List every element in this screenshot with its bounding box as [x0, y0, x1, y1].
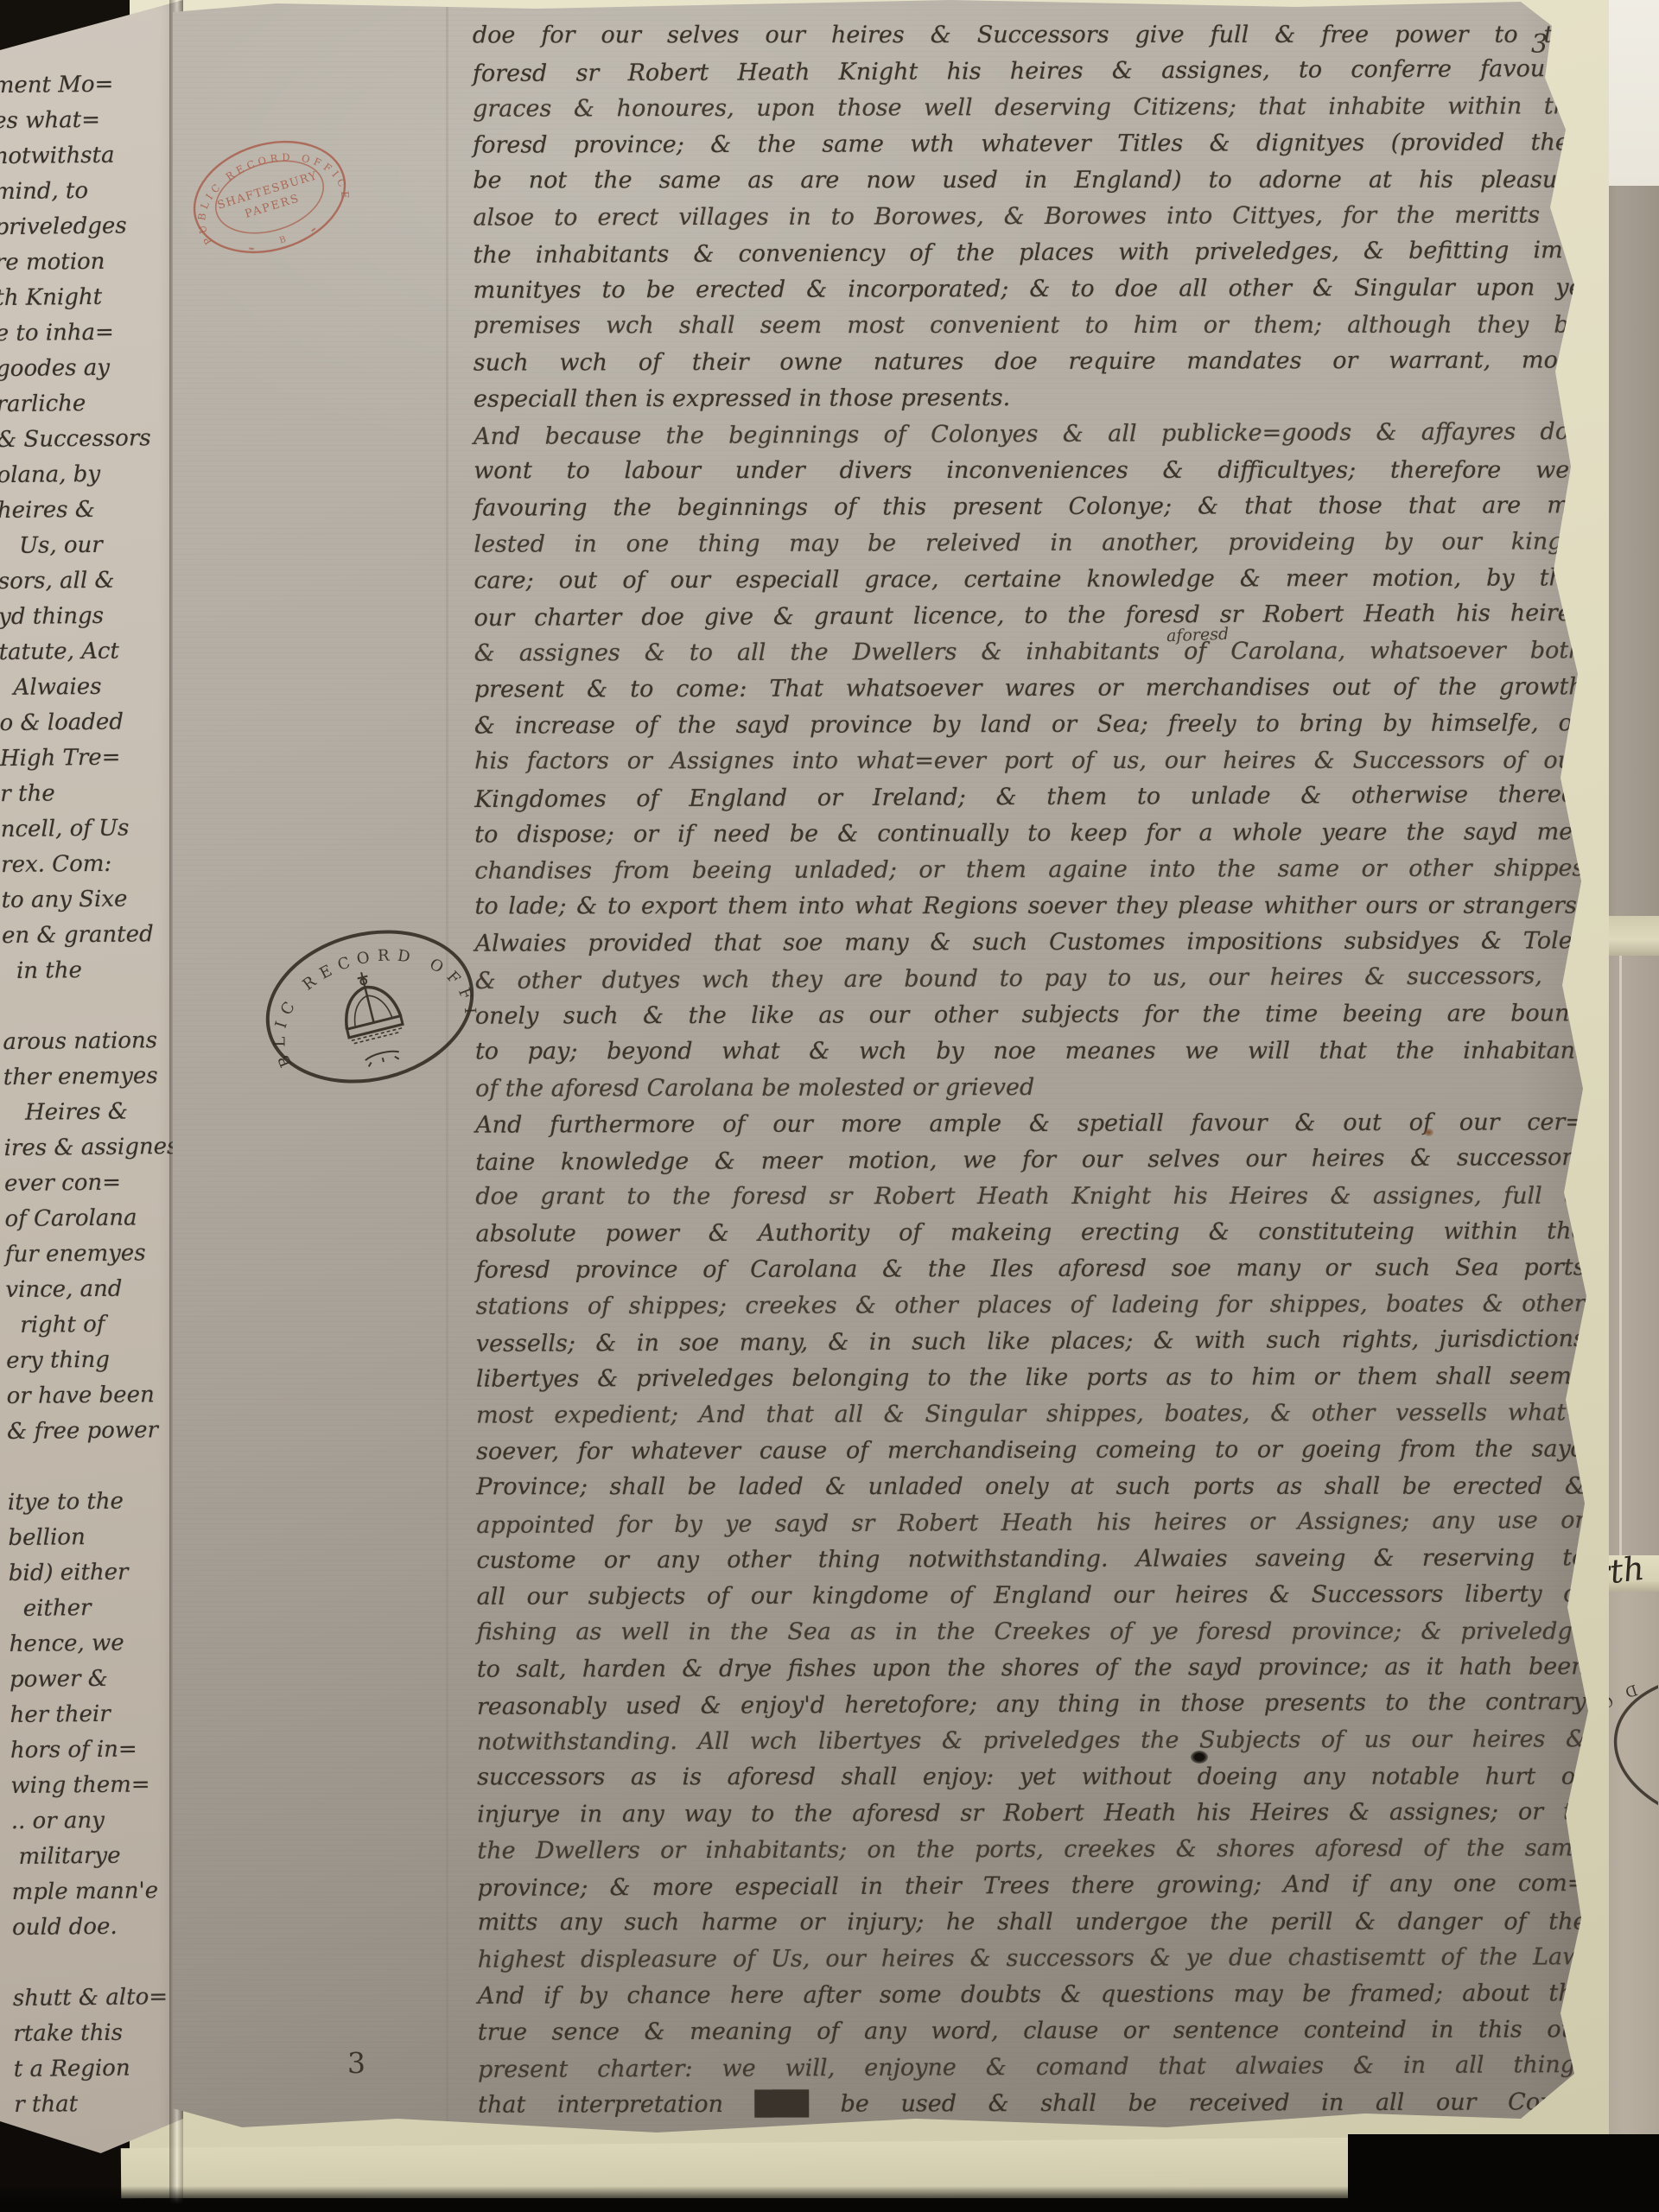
manuscript-line: care;outofourespeciallgrace,certaineknow… — [474, 560, 1583, 599]
left-page-fragment-line: hence, we — [9, 1625, 186, 1662]
manuscript-line: mostexpedient;Andthatall&Singularshippes… — [476, 1395, 1586, 1433]
manuscript-line: todispose;orifneedbe&continuallytokeepfo… — [474, 814, 1584, 853]
manuscript-page: 3 3 doeforourselvesourheires&Successorsg… — [173, 0, 1597, 2136]
left-page-fragment-line: power & — [10, 1661, 187, 1698]
manuscript-line: munityestobeerected&incorporated;&todoea… — [474, 270, 1583, 308]
manuscript-line: &otherdutyeswchtheyareboundtopaytous,our… — [475, 958, 1585, 1000]
left-page-fragment-line: rex. Com: — [1, 846, 178, 883]
left-page-fragment-line: of Carolana — [4, 1200, 181, 1237]
left-page-fragment-line: itye to the — [8, 1484, 185, 1521]
left-page-fragment-line: right of — [6, 1306, 183, 1344]
left-page-fragment-line: r the — [0, 775, 177, 812]
left-page-fragment-line: Heires & — [3, 1094, 181, 1131]
manuscript-line: ourcharterdoegive&grauntlicence,tothefor… — [474, 595, 1584, 637]
left-page-fragment-line: to any Sixe — [1, 881, 178, 918]
left-page-fragment-line: in the — [2, 952, 179, 989]
left-page-fragment-line: goodes ay — [0, 350, 173, 387]
manuscript-line: of the aforesd Carolana be molested or g… — [475, 1068, 1585, 1107]
interlinear-insertion: aforesd — [1166, 625, 1230, 646]
left-page-fragment-line: her their — [10, 1696, 187, 1733]
left-facing-page: ment Mo=es what=notwithstamind, toprivel… — [0, 0, 183, 2160]
foxing-spot — [1424, 1128, 1433, 1136]
manuscript-line: vessells;&insoemany,&insuchlikeplaces;&w… — [476, 1321, 1586, 1363]
left-page-fragment-line: re motion — [0, 244, 172, 281]
manuscript-line: taineknowledge&meermotion,weforourselves… — [475, 1140, 1585, 1181]
left-page-fragment-line: rtake this — [13, 2015, 190, 2052]
manuscript-line: premiseswchshallseemmostconvenienttohimo… — [474, 308, 1583, 345]
folio-number-top: 3 — [1531, 29, 1548, 60]
left-page-fragment-line: t a Region — [14, 2050, 191, 2088]
left-page-fragment-line: tatute, Act — [0, 633, 176, 671]
manuscript-line: topay;beyondwhat&wchbynoemeaneswewilltha… — [475, 1033, 1585, 1071]
left-page-fragment-line: hors of in= — [10, 1732, 188, 1769]
left-page-fragment-line: mple mann'e — [11, 1873, 188, 1910]
left-page-fragment-line — [3, 988, 180, 1025]
manuscript-line: Andfurthermoreofourmoreample&spetiallfav… — [475, 1104, 1585, 1143]
manuscript-line: fishingaswellintheSeaasintheCreekesofyef… — [477, 1614, 1586, 1651]
left-page-fragment-line: Alwaies — [0, 669, 176, 706]
left-page-fragment-line: th Knight — [0, 279, 173, 316]
manuscript-photo: rth D OFFICE ment Mo=es what=notwithstam… — [0, 0, 1659, 2212]
manuscript-line: injuryeinanywaytotheaforesdsrRobertHeath… — [477, 1794, 1586, 1833]
left-page-fragment-line: arous nations — [3, 1023, 180, 1060]
shaftesbury-papers-stamp: PUBLIC RECORD OFFICE SHAFTESBURY PAPERS … — [170, 108, 368, 285]
left-page-fragment-line: & Successors — [0, 421, 174, 458]
manuscript-line: foresdprovinceofCarolana&theIlesaforesds… — [476, 1249, 1586, 1288]
left-page-fragment-line: & free power — [7, 1413, 184, 1450]
manuscript-line: tosalt,harden&dryefishesupontheshoresoft… — [477, 1649, 1586, 1688]
manuscript-line: &assignes&toalltheDwellers&inhabitantsof… — [474, 632, 1584, 671]
left-page-fragment-line: en & granted — [2, 917, 179, 954]
left-page-fragment-line: heires & — [0, 492, 175, 529]
left-page-fragment-line: es what= — [0, 102, 170, 139]
left-page-fragment-line: shutt & alto= — [13, 1980, 190, 2017]
manuscript-line: &increaseofthesaydprovincebylandorSea;fr… — [474, 705, 1584, 744]
manuscript-line: benotthesameasarenowusedinEngland)toador… — [473, 162, 1582, 200]
manuscript-line: foresdprovince;&thesamewthwhateverTitles… — [473, 124, 1582, 163]
right-page-edge-highlight — [1619, 956, 1622, 1555]
manuscript-line: chandisesfrombeeingunladed;orthemagainei… — [474, 850, 1584, 889]
manuscript-line: reasonablyused&enjoy'dheretofore;anythin… — [477, 1684, 1586, 1726]
manuscript-line: theDwellersorinhabitants;ontheports,cree… — [477, 1830, 1586, 1869]
manuscript-line: successorsasisaforesdshallenjoy:yetwitho… — [477, 1759, 1586, 1796]
left-page-fragment-line: olana, by — [0, 456, 175, 493]
manuscript-line: theinhabitants&conveniencyoftheplaceswit… — [473, 232, 1582, 274]
left-page-fragment-line: ever con= — [4, 1165, 181, 1202]
manuscript-line: absolutepower&Authorityofmakeingerecting… — [475, 1213, 1585, 1252]
manuscript-line: appointedforbyyesaydsrRobertHeathhisheir… — [476, 1503, 1586, 1544]
manuscript-line: hisfactorsorAssignesintowhat=everportofu… — [474, 743, 1584, 780]
left-page-fragment-line: militarye — [11, 1838, 188, 1875]
left-page-fragment-line: wing them= — [10, 1767, 188, 1804]
manuscript-line: present&tocome:Thatwhatsoeverwaresormerc… — [474, 669, 1584, 708]
left-page-fragment-line: fur enemyes — [5, 1236, 182, 1273]
manuscript-line: alsoetoerectvillagesintoBorowes,&Borowes… — [473, 197, 1582, 236]
public-record-office-stamp: PUBLIC RECORD OFFICE — [243, 902, 496, 1111]
manuscript-line: suchwchoftheirownenaturesdoerequiremanda… — [474, 342, 1583, 381]
left-page-fragment-line: yd things — [0, 598, 175, 635]
manuscript-line: truesence&meaningofanyword,clauseorsente… — [478, 2012, 1587, 2050]
left-page-fragment-line: r that — [14, 2086, 191, 2123]
red-stamp-bottom-mark: B — [278, 235, 287, 246]
left-page-fragment-line: vince, and — [5, 1271, 182, 1308]
left-page-fragment-line — [12, 1944, 189, 1981]
left-page-fragment-line: ment Mo= — [0, 67, 170, 104]
left-page-fragment-line: mind, to — [0, 173, 171, 210]
manuscript-line: AndbecausethebeginningsofColonyes&allpub… — [474, 414, 1583, 455]
left-page-fragment-line: High Tre= — [0, 740, 177, 777]
manuscript-line: stationsofshippes;creekes&otherplacesofl… — [476, 1286, 1586, 1325]
left-page-fragment-line: e to inha= — [0, 315, 173, 352]
left-page-fragment-line: sors, all & — [0, 563, 175, 600]
manuscript-line: Andifbychancehereaftersomedoubts&questio… — [478, 1975, 1587, 2014]
folio-number-bottom: 3 — [347, 2046, 365, 2080]
left-page-fragment-line: notwithsta — [0, 137, 171, 175]
left-page-fragment-line: .. or any — [11, 1802, 188, 1840]
manuscript-line: Alwaiesprovidedthatsoemany&suchCustomesi… — [475, 923, 1585, 962]
left-page-fragment-line: bellion — [8, 1519, 185, 1556]
left-page-fragment-line: bid) either — [9, 1554, 186, 1592]
left-page-fragment-line: ould doe. — [12, 1909, 189, 1946]
left-page-fragment-line: Us, our — [0, 527, 175, 564]
left-page-fragment-line: ncell, of Us — [1, 810, 178, 848]
manuscript-line: favouringthebeginningsofthispresentColon… — [474, 487, 1583, 526]
left-page-fragment-line: either — [9, 1590, 186, 1627]
left-page-fragment-line: priveledges — [0, 208, 172, 245]
manuscript-line: libertyes&priveledgesbelongingtothelikep… — [476, 1358, 1586, 1397]
manuscript-line: presentcharter:wewill,enjoyne&comandthat… — [478, 2047, 1587, 2088]
manuscript-text-block: doeforourselvesourheires&Successorsgivef… — [473, 16, 1587, 2123]
left-page-fragment-line: or have been — [6, 1377, 183, 1414]
manuscript-line: highestdispleasureofUs,ourheires&success… — [478, 1939, 1587, 1978]
manuscript-line: mittsanysuchharmeorinjury;heshallundergo… — [478, 1904, 1587, 1942]
manuscript-line: especiall then is expressed in those pre… — [474, 378, 1583, 417]
left-page-fragment-line: ery thing — [6, 1342, 183, 1379]
left-page-fragment-line: ires & assignes — [3, 1129, 181, 1166]
left-page-fragment-line — [7, 1448, 184, 1485]
manuscript-line: lestedinonethingmaybereleivedinanother,p… — [474, 524, 1583, 563]
left-page-fragment-line: rarliche — [0, 385, 174, 423]
manuscript-line: tolade;&toexportthemintowhatRegionssoeve… — [474, 888, 1584, 925]
manuscript-line: foresdsrRobertHeathKnighthisheires&assig… — [473, 51, 1582, 92]
manuscript-line: Province;shallbeladed&unladedonelyatsuch… — [476, 1469, 1586, 1506]
manuscript-line: province;&moreespeciallintheirTreesthere… — [477, 1866, 1586, 1907]
manuscript-line: customeoranyotherthingnotwithstanding.Al… — [476, 1540, 1586, 1579]
manuscript-line: wonttolabourunderdiversinconveniences&di… — [474, 453, 1583, 490]
manuscript-line: onelysuch&thelikeasourothersubjectsforth… — [475, 995, 1585, 1034]
manuscript-line: alloursubjectsofourkingdomeofEnglandourh… — [477, 1576, 1586, 1615]
manuscript-line: doegranttotheforesdsrRobertHeathKnighthi… — [475, 1179, 1585, 1216]
background-bottom-shadow — [0, 2186, 1659, 2212]
manuscript-line: doeforourselvesourheires&Successorsgivef… — [473, 17, 1582, 54]
manuscript-line: soever,forwhatevercauseofmerchandiseingc… — [476, 1431, 1586, 1470]
ink-blot — [1191, 1751, 1208, 1764]
manuscript-line: graces&honoures,uponthosewelldeservingCi… — [473, 88, 1582, 127]
left-page-fragment-line: o & loaded — [0, 704, 177, 741]
manuscript-line: notwithstanding.Allwchlibertyes&priveled… — [477, 1721, 1586, 1760]
left-page-fragment-line: ther enemyes — [3, 1058, 181, 1096]
manuscript-line: KingdomesofEnglandorIreland;&themtounlad… — [474, 777, 1584, 818]
left-page-text-fragments: ment Mo=es what=notwithstamind, toprivel… — [0, 67, 191, 2123]
crown-icon — [334, 965, 410, 1069]
